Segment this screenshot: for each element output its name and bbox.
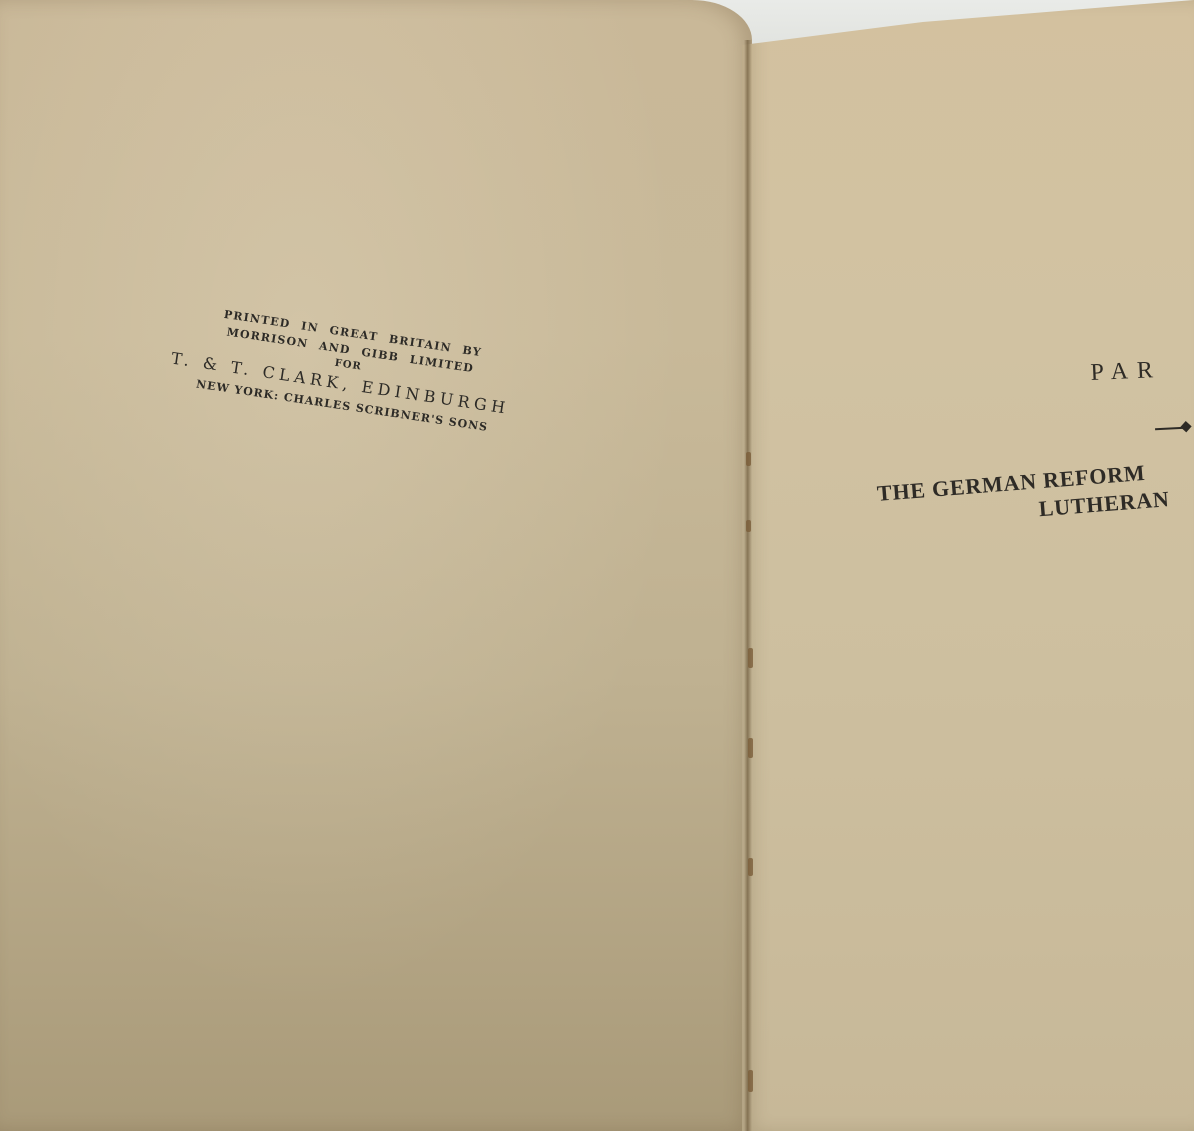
show-through-text <box>160 895 169 933</box>
binding-stitch <box>748 648 753 668</box>
binding-stitch <box>748 858 753 876</box>
binding-stitch <box>746 520 751 532</box>
binding-stitch <box>746 452 751 466</box>
binding-stitch <box>748 1070 753 1092</box>
left-page <box>0 0 752 1131</box>
right-page <box>742 0 1194 1131</box>
diamond-ornament-icon <box>1180 421 1191 432</box>
book-spread-photo: PRINTED IN GREAT BRITAIN BY MORRISON AND… <box>0 0 1194 1131</box>
book-gutter <box>744 40 752 1131</box>
binding-stitch <box>748 738 753 758</box>
part-heading: PAR <box>1090 357 1163 387</box>
ornament-rule-icon <box>1155 421 1194 434</box>
